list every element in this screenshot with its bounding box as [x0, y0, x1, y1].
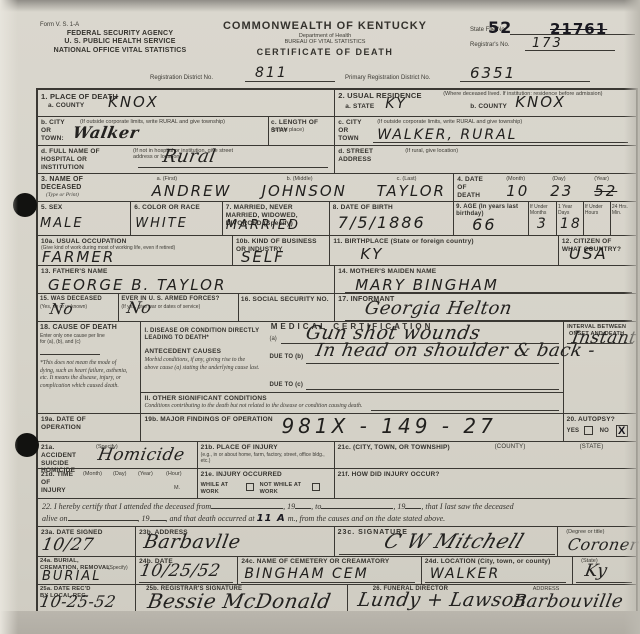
row-burial: 24a. BURIAL, CREMATION, REMOVAL (Specify…	[38, 557, 636, 585]
cause-title: 18. CAUSE OF DEATH	[40, 324, 135, 332]
primary-district-label: Primary Registration District No.	[345, 75, 430, 81]
armed-forces-question-cell: EVER IN U. S. ARMED FORCES? (If yes, giv…	[119, 294, 239, 321]
birthplace-label: 11. BIRTHPLACE (State or foreign country…	[333, 238, 473, 246]
cemetery-cell: 24c. NAME OF CEMETERY OR CREAMATORY BING…	[238, 557, 422, 584]
citizen-value: USA	[569, 244, 608, 263]
date-signed-cell: 23a. DATE SIGNED 10/27	[38, 527, 136, 556]
dob-value: 7/5/1886	[338, 213, 426, 232]
injury-m-label: M.	[174, 485, 180, 491]
dod-day-value: 23	[550, 182, 573, 200]
residence-county-value: KNOX	[515, 93, 566, 111]
occupation-value: FARMER	[42, 248, 115, 266]
burial-cell: 24a. BURIAL, CREMATION, REMOVAL (Specify…	[38, 557, 136, 584]
manner-cell: 21a. ACCIDENT SUICIDE HOMICIDE (Specify)…	[38, 442, 198, 468]
funeral-director-address-value: Barbouville	[511, 591, 625, 612]
cemetery-value: BINGHAM CEM	[244, 566, 368, 582]
injury-location-label: 21c. (CITY, TOWN, OR TOWNSHIP)	[338, 444, 450, 452]
scan-artifact-top-shadow	[0, 0, 640, 12]
state-file-stamp: 52	[488, 18, 512, 37]
commonwealth-title: COMMONWEALTH OF KENTUCKY	[200, 20, 450, 33]
operation-date-cell: 19a. DATE OF OPERATION	[38, 414, 141, 441]
residence-county-label: b. COUNTY	[470, 103, 507, 111]
cause-notes-cell: 18. CAUSE OF DEATH Enter only one cause …	[38, 322, 141, 413]
operation-findings-value: 981X - 149 - 27	[281, 414, 496, 438]
injury-place-note: (e.g., in or about home, farm, factory, …	[201, 452, 326, 464]
row-signature: 23a. DATE SIGNED 10/27 23b. ADDRESS Barb…	[38, 527, 636, 557]
burial-date-value: 10/25/52	[138, 561, 222, 581]
certify-line2-a: alive on	[42, 514, 68, 523]
scan-artifact-left-edge	[0, 0, 18, 634]
cause-note: Enter only one cause per line for (a), (…	[40, 333, 110, 345]
burial-note: (Specify)	[108, 565, 128, 571]
injury-occurred-cell: 21e. INJURY OCCURRED WHILE AT WORK NOT W…	[198, 469, 335, 498]
date-of-death-label: 4. DATE OF DEATH	[457, 176, 489, 199]
hole-punch-bottom	[15, 433, 39, 457]
informant-cell: 17. INFORMANT Georgia Helton	[335, 294, 636, 321]
cemetery-label: 24c. NAME OF CEMETERY OR CREAMATORY	[241, 558, 389, 566]
age-min-label: Min.	[612, 210, 621, 216]
agency-line-2: U. S. PUBLIC HEALTH SERVICE	[40, 38, 200, 46]
scan-artifact-right-edge	[624, 0, 640, 634]
last-name-value: TAYLOR	[377, 182, 446, 200]
certify-19c: , 19	[138, 514, 150, 523]
armed-forces-label-cell: 15. WAS DECEASED (Yes, no or unknown) No	[38, 294, 119, 321]
manner-value: Homicide	[96, 445, 186, 465]
injury-place-label: 21b. PLACE OF INJURY	[201, 444, 278, 452]
morbid-note: Morbid conditions, if any, giving rise t…	[144, 357, 259, 372]
date-received-cell: 25a. DATE REC'D BY LOCAL REG. 10-25-52	[38, 585, 136, 613]
section-place-of-death: 1. PLACE OF DEATH a. COUNTY KNOX b. CITY…	[38, 90, 335, 173]
while-at-work-checkbox	[246, 483, 254, 491]
cause-a-label: (a)	[269, 336, 276, 342]
mother-label: 14. MOTHER'S MAIDEN NAME	[338, 268, 436, 276]
autopsy-yes-label: YES	[567, 428, 580, 435]
signature-value: C W Mitchell	[380, 529, 527, 553]
dob-label: 8. DATE OF BIRTH	[333, 204, 393, 212]
autopsy-yes-checkbox	[584, 426, 593, 435]
certify-19a: , 19	[283, 502, 295, 511]
sex-cell: 5. SEX MALE	[38, 202, 131, 235]
signer-address-value: Barbavlle	[142, 531, 242, 553]
residence-city-label: c. CITY OR TOWN	[338, 119, 368, 142]
autopsy-no-label: NO	[600, 428, 609, 435]
not-while-at-work-checkbox	[312, 483, 320, 491]
age-hours-cell: If Under Hours	[584, 202, 611, 235]
burial-location-cell: 24d. LOCATION (City, town, or county) WA…	[422, 557, 573, 584]
scanned-death-certificate: Form V. S. 1-A FEDERAL SECURITY AGENCY U…	[0, 0, 640, 634]
signature-cell: 23c. SIGNATURE C W Mitchell	[335, 527, 559, 556]
cause-c-label: DUE TO (c)	[269, 382, 303, 389]
row-occupation: 10a. USUAL OCCUPATION (Give kind of work…	[38, 236, 636, 266]
cause-footnote: *This does not mean the mode of dying, s…	[40, 360, 130, 390]
race-cell: 6. COLOR OR RACE WHITE	[131, 202, 222, 235]
death-time-value: 11 A	[257, 513, 286, 524]
ssn-label: 16. SOCIAL SECURITY NO.	[241, 296, 331, 304]
date-received-value: 10-25-52	[38, 592, 117, 611]
dob-cell: 8. DATE OF BIRTH 7/5/1886	[330, 202, 454, 235]
row-operation-autopsy: 19a. DATE OF OPERATION 19b. MAJOR FINDIN…	[38, 414, 636, 442]
primary-district-value: 6351	[470, 64, 516, 82]
operation-date-label: 19a. DATE OF OPERATION	[41, 416, 111, 432]
place-city-value: Walker	[71, 123, 140, 142]
age-value: 66	[472, 215, 496, 234]
while-at-work-label: WHILE AT WORK	[201, 482, 246, 495]
injury-occurred-label: 21e. INJURY OCCURRED	[201, 471, 282, 479]
registrar-no-label: Registrar's No.	[470, 42, 510, 48]
burial-location-value: WALKER	[430, 566, 500, 582]
certify-statement: 22. I hereby certify that I attended the…	[38, 499, 636, 526]
race-value: WHITE	[135, 216, 188, 231]
first-name-value: ANDREW	[152, 182, 232, 200]
injury-day-label: (Day)	[113, 471, 126, 477]
name-title: 3. NAME OF DECEASED	[41, 176, 111, 193]
cause-b-value: In head on shoulder & back -	[315, 340, 598, 361]
residence-city-value: WALKER, RURAL	[377, 127, 517, 143]
dod-month-value: 10	[506, 182, 529, 200]
armed-forces-no-value: No	[126, 298, 154, 317]
date-of-death-cell: 4. DATE OF DEATH (Month) (Day) (Year) 10…	[454, 174, 636, 201]
date-signed-value: 10/27	[40, 535, 95, 555]
antecedent-label: ANTECEDENT CAUSES	[144, 348, 221, 356]
row-injury-time: 21d. TIME OF INJURY (Month) (Day) (Year)…	[38, 469, 636, 499]
bureau-line: BUREAU OF VITAL STATISTICS	[200, 39, 450, 45]
age-days-value: 18	[560, 216, 582, 232]
armed-forces-value: No	[48, 300, 74, 318]
name-value-cell: a. (First) b. (Middle) c. (Last) ANDREW …	[152, 174, 455, 201]
marital-cell: 7. MARRIED, NEVER MARRIED, WIDOWED, DIVO…	[223, 202, 330, 235]
row-forces-informant: 15. WAS DECEASED (Yes, no or unknown) No…	[38, 294, 636, 322]
agency-line-1: FEDERAL SECURITY AGENCY	[40, 30, 200, 38]
reg-district-label: Registration District No.	[150, 75, 213, 81]
middle-name-value: JOHNSON	[262, 182, 347, 200]
row-certify-statement: 22. I hereby certify that I attended the…	[38, 499, 636, 527]
sex-value: MALE	[40, 216, 84, 231]
burial-date-cell: 24b. DATE 10/25/52	[136, 557, 238, 584]
occupation-cell: 10a. USUAL OCCUPATION (Give kind of work…	[38, 236, 233, 265]
dod-year-value: 52	[594, 182, 617, 200]
other-conditions-note: Conditions contributing to the death but…	[144, 403, 424, 409]
registrar-signature-value: Bessie McDonald	[146, 589, 333, 613]
injury-state-label: (STATE)	[580, 444, 604, 451]
operation-findings-label: 19b. MAJOR FINDINGS OF OPERATION	[144, 416, 272, 424]
injury-location-cell: 21c. (CITY, TOWN, OR TOWNSHIP) (COUNTY) …	[335, 442, 636, 468]
other-conditions-label: II. OTHER SIGNIFICANT CONDITIONS	[144, 395, 266, 403]
injury-county-label: (COUNTY)	[495, 444, 526, 451]
row-cause-of-death: 18. CAUSE OF DEATH Enter only one cause …	[38, 322, 636, 414]
mother-cell: 14. MOTHER'S MAIDEN NAME MARY BINGHAM	[335, 266, 636, 293]
burial-location-label: 24d. LOCATION (City, town, or county)	[425, 558, 551, 566]
informant-value: Georgia Helton	[363, 298, 514, 319]
row-name-date: 3. NAME OF DECEASED (Type or Print) a. (…	[38, 174, 636, 202]
burial-state-value: Ky	[583, 561, 609, 581]
injury-place-cell: 21b. PLACE OF INJURY (e.g., in or about …	[198, 442, 335, 468]
header-file-numbers: State File No. 52 21761 Registrar's No. …	[470, 18, 635, 54]
residence-state-label: a. STATE	[345, 103, 374, 111]
registrar-no-value: 173	[532, 36, 563, 51]
marital-value: MARRIED	[226, 218, 300, 233]
row-registrar: 25a. DATE REC'D BY LOCAL REG. 10-25-52 2…	[38, 585, 636, 613]
header-title-block: COMMONWEALTH OF KENTUCKY Department of H…	[200, 20, 450, 58]
operation-findings-cell: 19b. MAJOR FINDINGS OF OPERATION 981X - …	[141, 414, 563, 441]
name-subtitle: (Type or Print)	[46, 192, 79, 198]
form-number: Form V. S. 1-A	[40, 22, 200, 28]
certify-line1-b: , that I last saw the deceased	[421, 502, 513, 511]
injury-how-cell: 21f. HOW DID INJURY OCCUR?	[335, 469, 636, 498]
residence-city-note: (If outside corporate limits, write RURA…	[377, 119, 607, 125]
age-months-cell: If Under Months 3	[529, 202, 557, 235]
sex-label: 5. SEX	[41, 204, 62, 212]
birthplace-value: KY	[360, 245, 383, 263]
father-cell: 13. FATHER'S NAME GEORGE B. TAYLOR	[38, 266, 335, 293]
certify-line2-c: m., from the causes and on the date stat…	[288, 514, 445, 523]
certify-19b: , 19	[393, 502, 405, 511]
residence-state-value: KY	[385, 96, 407, 112]
business-value: SELF	[241, 248, 285, 266]
scan-artifact-bottom-band	[0, 611, 640, 634]
row-place-residence: 1. PLACE OF DEATH a. COUNTY KNOX b. CITY…	[38, 90, 636, 174]
section-usual-residence: 2. USUAL RESIDENCE (Where deceased lived…	[335, 90, 636, 173]
place-title: 1. PLACE OF DEATH	[41, 92, 118, 101]
business-cell: 10b. KIND OF BUSINESS OR INDUSTRY SELF	[233, 236, 330, 265]
funeral-director-cell: 26. FUNERAL DIRECTOR ADDRESS Lundy + Law…	[348, 585, 636, 613]
header-agency-block: Form V. S. 1-A FEDERAL SECURITY AGENCY U…	[40, 22, 200, 55]
injury-month-label: (Month)	[83, 471, 102, 477]
injury-how-label: 21f. HOW DID INJURY OCCUR?	[338, 471, 440, 479]
registrar-signature-cell: 25b. REGISTRAR'S SIGNATURE Bessie McDona…	[136, 585, 348, 613]
autopsy-label: 20. AUTOPSY?	[567, 416, 615, 424]
place-city-label: b. CITY OR TOWN:	[41, 119, 75, 142]
injury-time-label: 21d. TIME OF INJURY	[41, 471, 76, 494]
row-manner-place-injury: 21a. ACCIDENT SUICIDE HOMICIDE (Specify)…	[38, 442, 636, 469]
certify-to: , to	[311, 502, 321, 511]
father-value: GEORGE B. TAYLOR	[48, 276, 226, 294]
birthplace-cell: 11. BIRTHPLACE (State or foreign country…	[330, 236, 558, 265]
age-hours-label: Hours	[585, 210, 598, 216]
row-parents: 13. FATHER'S NAME GEORGE B. TAYLOR 14. M…	[38, 266, 636, 294]
name-label-cell: 3. NAME OF DECEASED (Type or Print)	[38, 174, 152, 201]
cause-b-label: DUE TO (b)	[269, 354, 303, 361]
reg-district-value: 811	[255, 65, 288, 81]
funeral-director-value: Lundy + Lawson	[356, 589, 529, 611]
injury-time-cell: 21d. TIME OF INJURY (Month) (Day) (Year)…	[38, 469, 198, 498]
burial-value: BURIAL	[42, 569, 101, 584]
certify-line1-a: 22. I hereby certify that I attended the…	[42, 502, 211, 511]
age-cell: 9. AGE (In years last birthday) 66	[454, 202, 529, 235]
father-label: 13. FATHER'S NAME	[41, 268, 108, 276]
street-address-label: d. STREET ADDRESS	[338, 148, 378, 164]
injury-year-label: (Year)	[138, 471, 153, 477]
medical-certification-cell: MEDICAL CERTIFICATION I. DISEASE OR COND…	[141, 322, 563, 413]
race-label: 6. COLOR OR RACE	[134, 204, 200, 212]
place-county-label: a. COUNTY	[48, 102, 84, 110]
disease-condition-label: I. DISEASE OR CONDITION DIRECTLY LEADING…	[144, 328, 264, 342]
certificate-form: 1. PLACE OF DEATH a. COUNTY KNOX b. CITY…	[36, 88, 638, 615]
stay-note: (In this place)	[271, 127, 304, 133]
row-sex-age: 5. SEX MALE 6. COLOR OR RACE WHITE 7. MA…	[38, 202, 636, 236]
ssn-cell: 16. SOCIAL SECURITY NO.	[239, 294, 335, 321]
signer-address-cell: 23b. ADDRESS Barbavlle	[136, 527, 335, 556]
age-days-cell: 1 Year Days 18	[557, 202, 584, 235]
agency-line-3: NATIONAL OFFICE VITAL STATISTICS	[40, 47, 200, 55]
institution-label: d. FULL NAME OF HOSPITAL OR INSTITUTION	[41, 148, 131, 171]
institution-value: Rural	[161, 146, 217, 167]
not-while-at-work-label: NOT WHILE AT WORK	[260, 482, 308, 495]
residence-title: 2. USUAL RESIDENCE	[338, 91, 421, 100]
injury-hour-label: (Hour)	[166, 471, 182, 477]
header-district-line: Registration District No. 811 Primary Re…	[150, 68, 610, 86]
place-county-value: KNOX	[108, 93, 159, 111]
age-months-value: 3	[537, 216, 548, 232]
certificate-title: CERTIFICATE OF DEATH	[200, 47, 450, 58]
certify-line2-b: , and that death occurred at	[166, 514, 255, 523]
street-address-note: (If rural, give location)	[405, 148, 458, 154]
